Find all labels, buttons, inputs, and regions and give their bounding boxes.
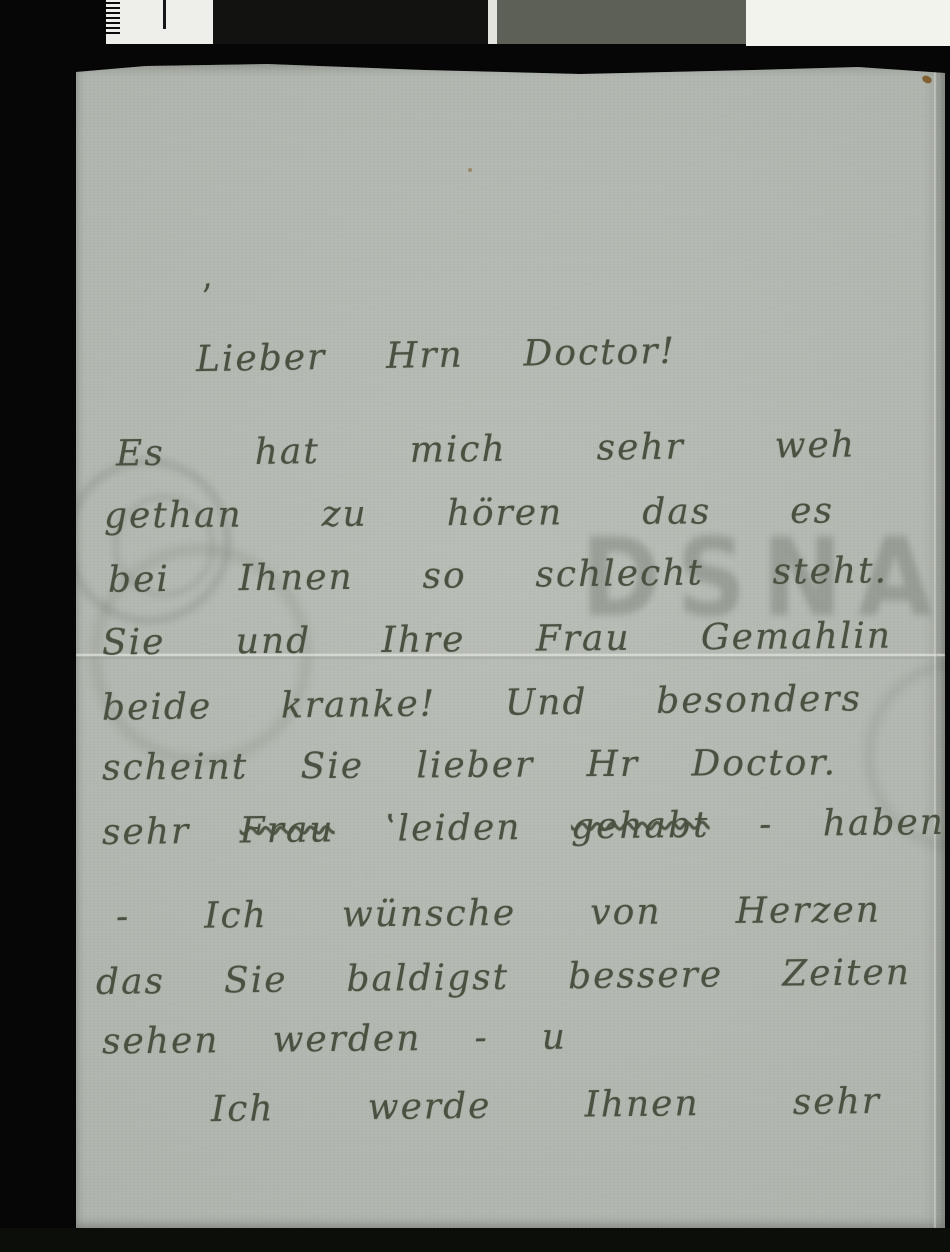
ruler-ticks <box>106 2 120 37</box>
ruler-tick <box>106 32 120 34</box>
calibration-white-patch <box>746 0 950 46</box>
ruler-tick <box>106 17 120 19</box>
handwritten-line: beide kranke! Und besonders <box>102 677 862 729</box>
paper-speck <box>468 168 472 172</box>
fold-crease-vertical <box>934 62 937 1228</box>
letter-paper: DSNA ʼ Lieber Hrn Doctor! Es hat mich se… <box>76 62 945 1228</box>
ruler-tick <box>106 22 120 24</box>
scan-bed-strip <box>0 1228 950 1252</box>
handwritten-line: - Ich wünsche von Herzen <box>116 889 881 939</box>
ruler-tick <box>106 12 120 14</box>
hw-segment: ʽleiden <box>334 806 571 850</box>
hw-segment: - haben <box>709 802 945 846</box>
handwritten-line: scheint Sie lieber Hr Doctor. <box>102 741 837 789</box>
hw-segment-struck: Frau <box>240 809 335 851</box>
calibration-separator <box>488 0 497 44</box>
handwritten-line: gethan zu hören das es <box>104 489 834 537</box>
pen-mark: ʼ <box>199 277 217 318</box>
handwritten-line-with-corrections: sehr Frau ʽleiden gehabt - haben <box>102 801 945 854</box>
handwritten-line: bei Ihnen so schlecht steht. <box>108 549 888 602</box>
ruler-tick <box>106 7 120 9</box>
paper-speck <box>921 74 933 85</box>
ruler-patch <box>106 0 213 44</box>
handwritten-line: sehen werden - u <box>102 1016 567 1064</box>
ruler-tick <box>106 27 120 29</box>
ruler-center-line <box>163 0 166 29</box>
ruler-tick <box>106 2 120 4</box>
hw-segment: sehr <box>102 810 240 853</box>
hw-segment-struck: gehabt <box>571 805 710 848</box>
handwritten-line: Es hat mich sehr weh <box>116 423 856 475</box>
handwritten-line-salutation: Lieber Hrn Doctor! <box>196 330 677 382</box>
calibration-gray-patch <box>497 0 746 44</box>
handwritten-line: Sie und Ihre Frau Gemahlin <box>102 615 892 665</box>
calibration-black-patch <box>213 0 488 44</box>
handwritten-line: Ich werde Ihnen sehr <box>211 1080 881 1131</box>
calibration-bar <box>0 0 950 48</box>
handwritten-line: das Sie baldigst bessere Zeiten <box>96 951 911 1004</box>
